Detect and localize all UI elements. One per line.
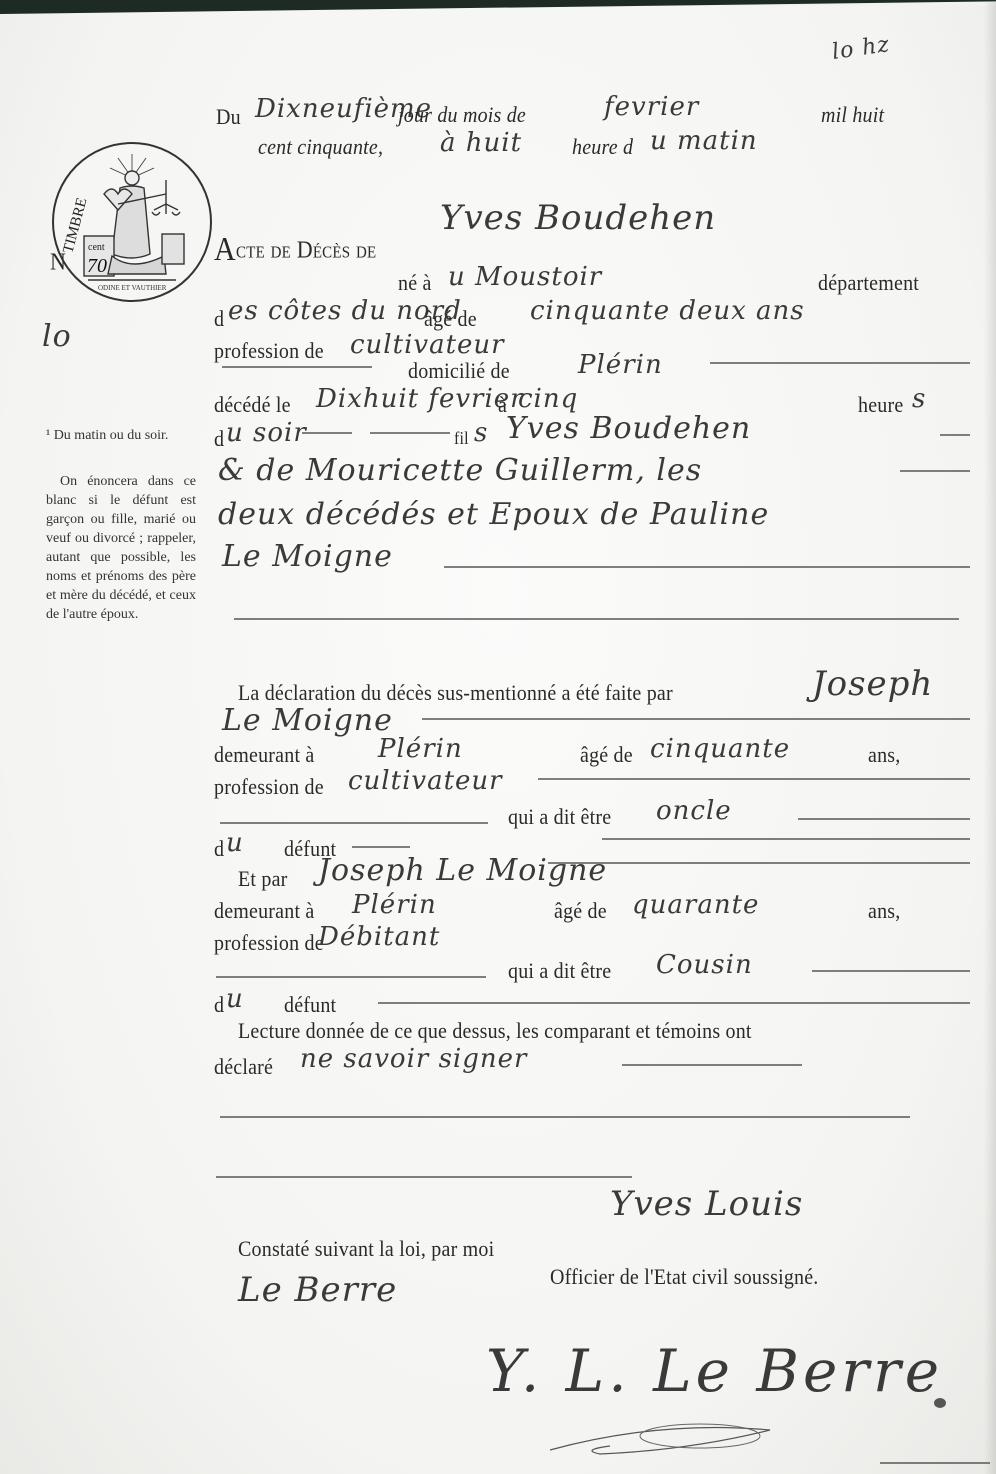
blank-line xyxy=(444,566,970,568)
profession-label-2: profession de xyxy=(214,930,324,957)
header-du: Du xyxy=(216,104,241,131)
years-label-2: ans, xyxy=(868,898,900,925)
profession-1: cultivateur xyxy=(348,766,503,796)
death-hour: cinq xyxy=(518,384,578,414)
stamp-cent-label: cent xyxy=(88,242,105,253)
age-label: âgé de xyxy=(424,306,477,333)
blank-line xyxy=(798,818,970,820)
officer-signature: Y. L. Le Berre xyxy=(486,1336,943,1406)
du-prefix-2: d xyxy=(214,992,224,1019)
said-label-2: qui a dit être xyxy=(508,958,611,985)
blank-line xyxy=(602,838,970,840)
father-name: Yves Boudehen xyxy=(506,414,751,444)
age-2: quarante xyxy=(632,890,759,920)
blank-line xyxy=(622,1064,802,1066)
blank-line xyxy=(710,362,970,364)
profession-label-1: profession de xyxy=(214,774,324,801)
residence-1: Plérin xyxy=(378,734,463,764)
signature-flourish xyxy=(540,1410,840,1460)
heure-label: heure xyxy=(858,392,903,419)
du-suffix-1: u xyxy=(226,828,244,858)
acte-title: cte de Décès de xyxy=(236,236,376,263)
blank-line xyxy=(234,618,959,620)
officer-label: Officier de l'Etat civil soussigné. xyxy=(550,1264,819,1291)
deceased-label: décédé le xyxy=(214,392,291,419)
declared-value: ne savoir signer xyxy=(300,1044,527,1074)
d-prefix: d xyxy=(214,426,224,453)
profession-value: cultivateur xyxy=(350,330,505,360)
relation-2: Cousin xyxy=(656,950,753,980)
residence-2: Plérin xyxy=(352,890,437,920)
ink-dot xyxy=(934,1398,946,1408)
acte-title-initial: A xyxy=(214,232,236,268)
header-jour-label: jour du mois de xyxy=(398,102,526,129)
blank-line xyxy=(422,718,970,720)
paper-right-edge xyxy=(984,0,996,1474)
officer-first-name: Yves Louis xyxy=(610,1184,803,1224)
age-label-1: âgé de xyxy=(580,742,633,769)
blank-line xyxy=(538,778,970,780)
department-label: département xyxy=(818,270,919,297)
header-cent-cinquante: cent cinquante, xyxy=(258,134,383,161)
birthplace: u Moustoir xyxy=(448,262,602,292)
stamp-value: 70 xyxy=(87,255,107,277)
declarant-1-first: Joseph xyxy=(812,664,933,704)
profession-2: Débitant xyxy=(318,922,440,952)
blank-line xyxy=(940,434,970,436)
margin-note-1: ¹ Du matin ou du soir. xyxy=(46,426,196,445)
header-month: fevrier xyxy=(604,92,699,122)
age-value: cinquante deux ans xyxy=(530,296,805,326)
header-period: u matin xyxy=(650,126,758,156)
du-prefix-1: d xyxy=(214,836,224,863)
du-suffix-2: u xyxy=(226,984,244,1014)
age-label-2: âgé de xyxy=(554,898,607,925)
header-hour: à huit xyxy=(440,128,522,158)
years-label-1: ans, xyxy=(868,742,900,769)
parents-line-2: & de Mouricette Guillerm, les xyxy=(218,456,702,486)
officer-last-name: Le Berre xyxy=(238,1270,397,1310)
blank-line xyxy=(220,1116,910,1118)
residing-label-2: demeurant à xyxy=(214,898,314,925)
constate-statement: Constaté suivant la loi, par moi xyxy=(238,1236,494,1263)
age-1: cinquante xyxy=(650,734,790,764)
dep-prefix: d xyxy=(214,306,224,333)
born-label: né à xyxy=(398,270,432,297)
blank-line xyxy=(900,470,970,472)
and-by-label: Et par xyxy=(238,866,288,893)
profession-label: profession de xyxy=(214,338,324,365)
stamp-printer-label: ODINE ET VAUTHIER xyxy=(98,284,167,292)
tax-stamp: TIMBRE cent 70 ODINE ET VAUTHIER xyxy=(52,142,212,302)
declarant-1-last: Le Moigne xyxy=(222,706,393,736)
declarant-2: Joseph Le Moigne xyxy=(318,856,607,886)
blank-line xyxy=(216,976,486,978)
margin-mark: lo xyxy=(42,322,72,352)
blank-line xyxy=(370,432,450,434)
reading-statement: Lecture donnée de ce que dessus, les com… xyxy=(238,1018,752,1045)
domicile-value: Plérin xyxy=(578,350,663,380)
residing-label-1: demeurant à xyxy=(214,742,314,769)
fils-suffix: s xyxy=(474,418,488,448)
said-label-1: qui a dit être xyxy=(508,804,611,831)
fils-label: fil xyxy=(454,426,469,453)
relation-1: oncle xyxy=(656,796,732,826)
header-heure-label: heure d xyxy=(572,134,633,161)
parents-line-3: deux décédés et Epoux de Pauline xyxy=(218,500,769,530)
death-date: Dixhuit fevrier xyxy=(316,384,524,414)
blank-line xyxy=(880,1462,990,1464)
blank-line xyxy=(378,1002,970,1004)
blank-line xyxy=(352,846,410,848)
margin-note-2: On énoncera dans ce blanc si le défunt e… xyxy=(46,472,196,624)
blank-line xyxy=(222,366,372,368)
blank-line xyxy=(548,862,970,864)
blank-line xyxy=(216,1176,632,1178)
deceased-name: Yves Boudehen xyxy=(440,198,716,238)
blank-line xyxy=(302,432,352,434)
defunt-label-2: défunt xyxy=(284,992,336,1019)
parents-line-4: Le Moigne xyxy=(222,542,393,572)
declared-label: déclaré xyxy=(214,1054,273,1081)
blank-line xyxy=(812,970,970,972)
death-period: u soir xyxy=(226,418,307,448)
seated-liberty-figure-icon: TIMBRE cent 70 ODINE ET VAUTHIER xyxy=(54,144,210,300)
domicile-label: domicilié de xyxy=(408,358,510,385)
blank-line xyxy=(220,822,488,824)
heure-suffix: s xyxy=(912,384,926,414)
stamp-n-letter: N xyxy=(50,248,66,275)
header-mil-huit: mil huit xyxy=(821,102,884,129)
